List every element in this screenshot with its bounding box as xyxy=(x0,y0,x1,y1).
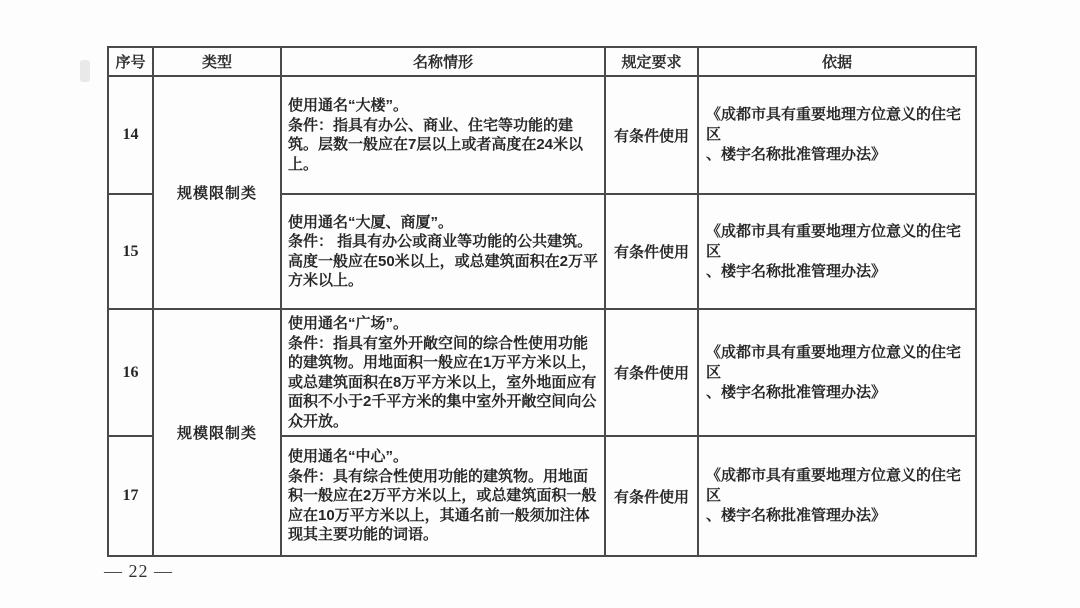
table-row: 14 规模限制类 使用通名“大楼”。 条件：指具有办公、商业、住宅等功能的建筑。… xyxy=(108,76,976,194)
naming-rules-table: 序号 类型 名称情形 规定要求 依据 14 规模限制类 使用通名“大楼”。 条件… xyxy=(107,46,977,557)
basis-cell: 《成都市具有重要地理方位意义的住宅区 、楼宇名称批准管理办法》 xyxy=(698,194,976,309)
name-case-cell: 使用通名“大厦、商厦”。 条件： 指具有办公或商业等功能的公共建筑。高度一般应在… xyxy=(281,194,605,309)
document-page: 序号 类型 名称情形 规定要求 依据 14 规模限制类 使用通名“大楼”。 条件… xyxy=(0,0,1080,608)
type-cell: 规模限制类 xyxy=(153,76,281,309)
basis-cell: 《成都市具有重要地理方位意义的住宅区 、楼宇名称批准管理办法》 xyxy=(698,309,976,436)
header-cell-requirement: 规定要求 xyxy=(605,47,698,76)
name-case-cell: 使用通名“广场”。 条件：指具有室外开敞空间的综合性使用功能的建筑物。用地面积一… xyxy=(281,309,605,436)
name-case-cell: 使用通名“大楼”。 条件：指具有办公、商业、住宅等功能的建筑。层数一般应在7层以… xyxy=(281,76,605,194)
header-cell-basis: 依据 xyxy=(698,47,976,76)
requirement-cell: 有条件使用 xyxy=(605,309,698,436)
header-cell-no: 序号 xyxy=(108,47,153,76)
requirement-cell: 有条件使用 xyxy=(605,436,698,556)
row-number-cell: 17 xyxy=(108,436,153,556)
row-number-cell: 16 xyxy=(108,309,153,436)
header-cell-name-case: 名称情形 xyxy=(281,47,605,76)
table-header-row: 序号 类型 名称情形 规定要求 依据 xyxy=(108,47,976,76)
basis-cell: 《成都市具有重要地理方位意义的住宅区 、楼宇名称批准管理办法》 xyxy=(698,436,976,556)
scan-artifact xyxy=(80,60,90,82)
requirement-cell: 有条件使用 xyxy=(605,194,698,309)
row-number-cell: 14 xyxy=(108,76,153,194)
type-cell: 规模限制类 xyxy=(153,309,281,556)
row-number-cell: 15 xyxy=(108,194,153,309)
table-row: 16 规模限制类 使用通名“广场”。 条件：指具有室外开敞空间的综合性使用功能的… xyxy=(108,309,976,436)
header-cell-type: 类型 xyxy=(153,47,281,76)
basis-cell: 《成都市具有重要地理方位意义的住宅区 、楼宇名称批准管理办法》 xyxy=(698,76,976,194)
requirement-cell: 有条件使用 xyxy=(605,76,698,194)
name-case-cell: 使用通名“中心”。 条件：具有综合性使用功能的建筑物。用地面积一般应在2万平方米… xyxy=(281,436,605,556)
page-number: — 22 — xyxy=(104,561,173,582)
